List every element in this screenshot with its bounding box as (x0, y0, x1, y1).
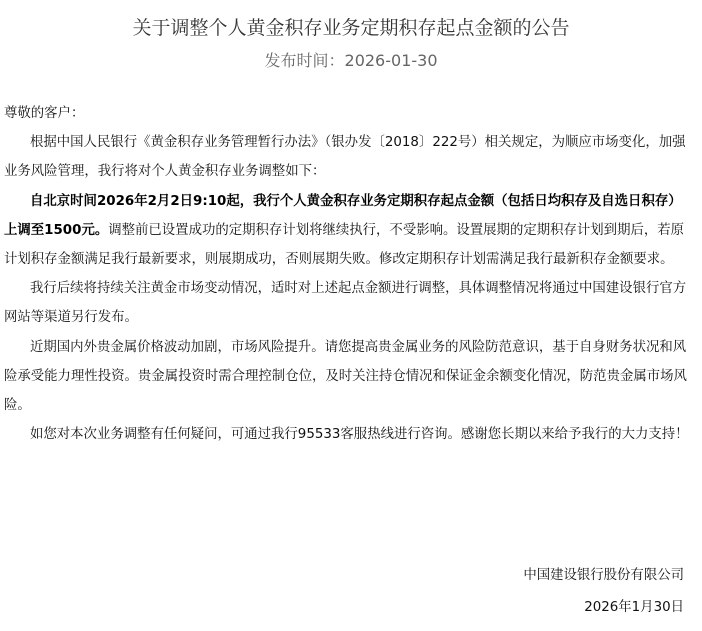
paragraph-regulation: 根据中国人民银行《黄金积存业务管理暂行办法》（银办发〔2018〕222号）相关规… (4, 128, 694, 186)
signature-organization: 中国建设银行股份有限公司 (523, 564, 684, 583)
publish-date-value: 2026-01-30 (345, 51, 438, 70)
publish-date-label: 发布时间： (265, 51, 345, 70)
publish-date: 发布时间：2026-01-30 (0, 48, 702, 74)
announcement-body: 尊敬的客户： 根据中国人民银行《黄金积存业务管理暂行办法》（银办发〔2018〕2… (4, 99, 694, 449)
greeting: 尊敬的客户： (4, 99, 694, 128)
announcement-title: 关于调整个人黄金积存业务定期积存起点金额的公告 (0, 14, 702, 42)
paragraph-contact: 如您对本次业务调整有任何疑问，可通过我行95533客服热线进行咨询。感谢您长期以… (4, 420, 694, 449)
paragraph-risk-warning: 近期国内外贵金属价格波动加剧，市场风险提升。请您提高贵金属业务的风险防范意识，基… (4, 333, 694, 421)
paragraph-follow-up: 我行后续将持续关注黄金市场变动情况，适时对上述起点金额进行调整，具体调整情况将通… (4, 274, 694, 332)
paragraph-adjustment: 自北京时间2026年2月2日9:10起，我行个人黄金积存业务定期积存起点金额（包… (4, 187, 694, 275)
signature-date: 2026年1月30日 (584, 596, 684, 615)
